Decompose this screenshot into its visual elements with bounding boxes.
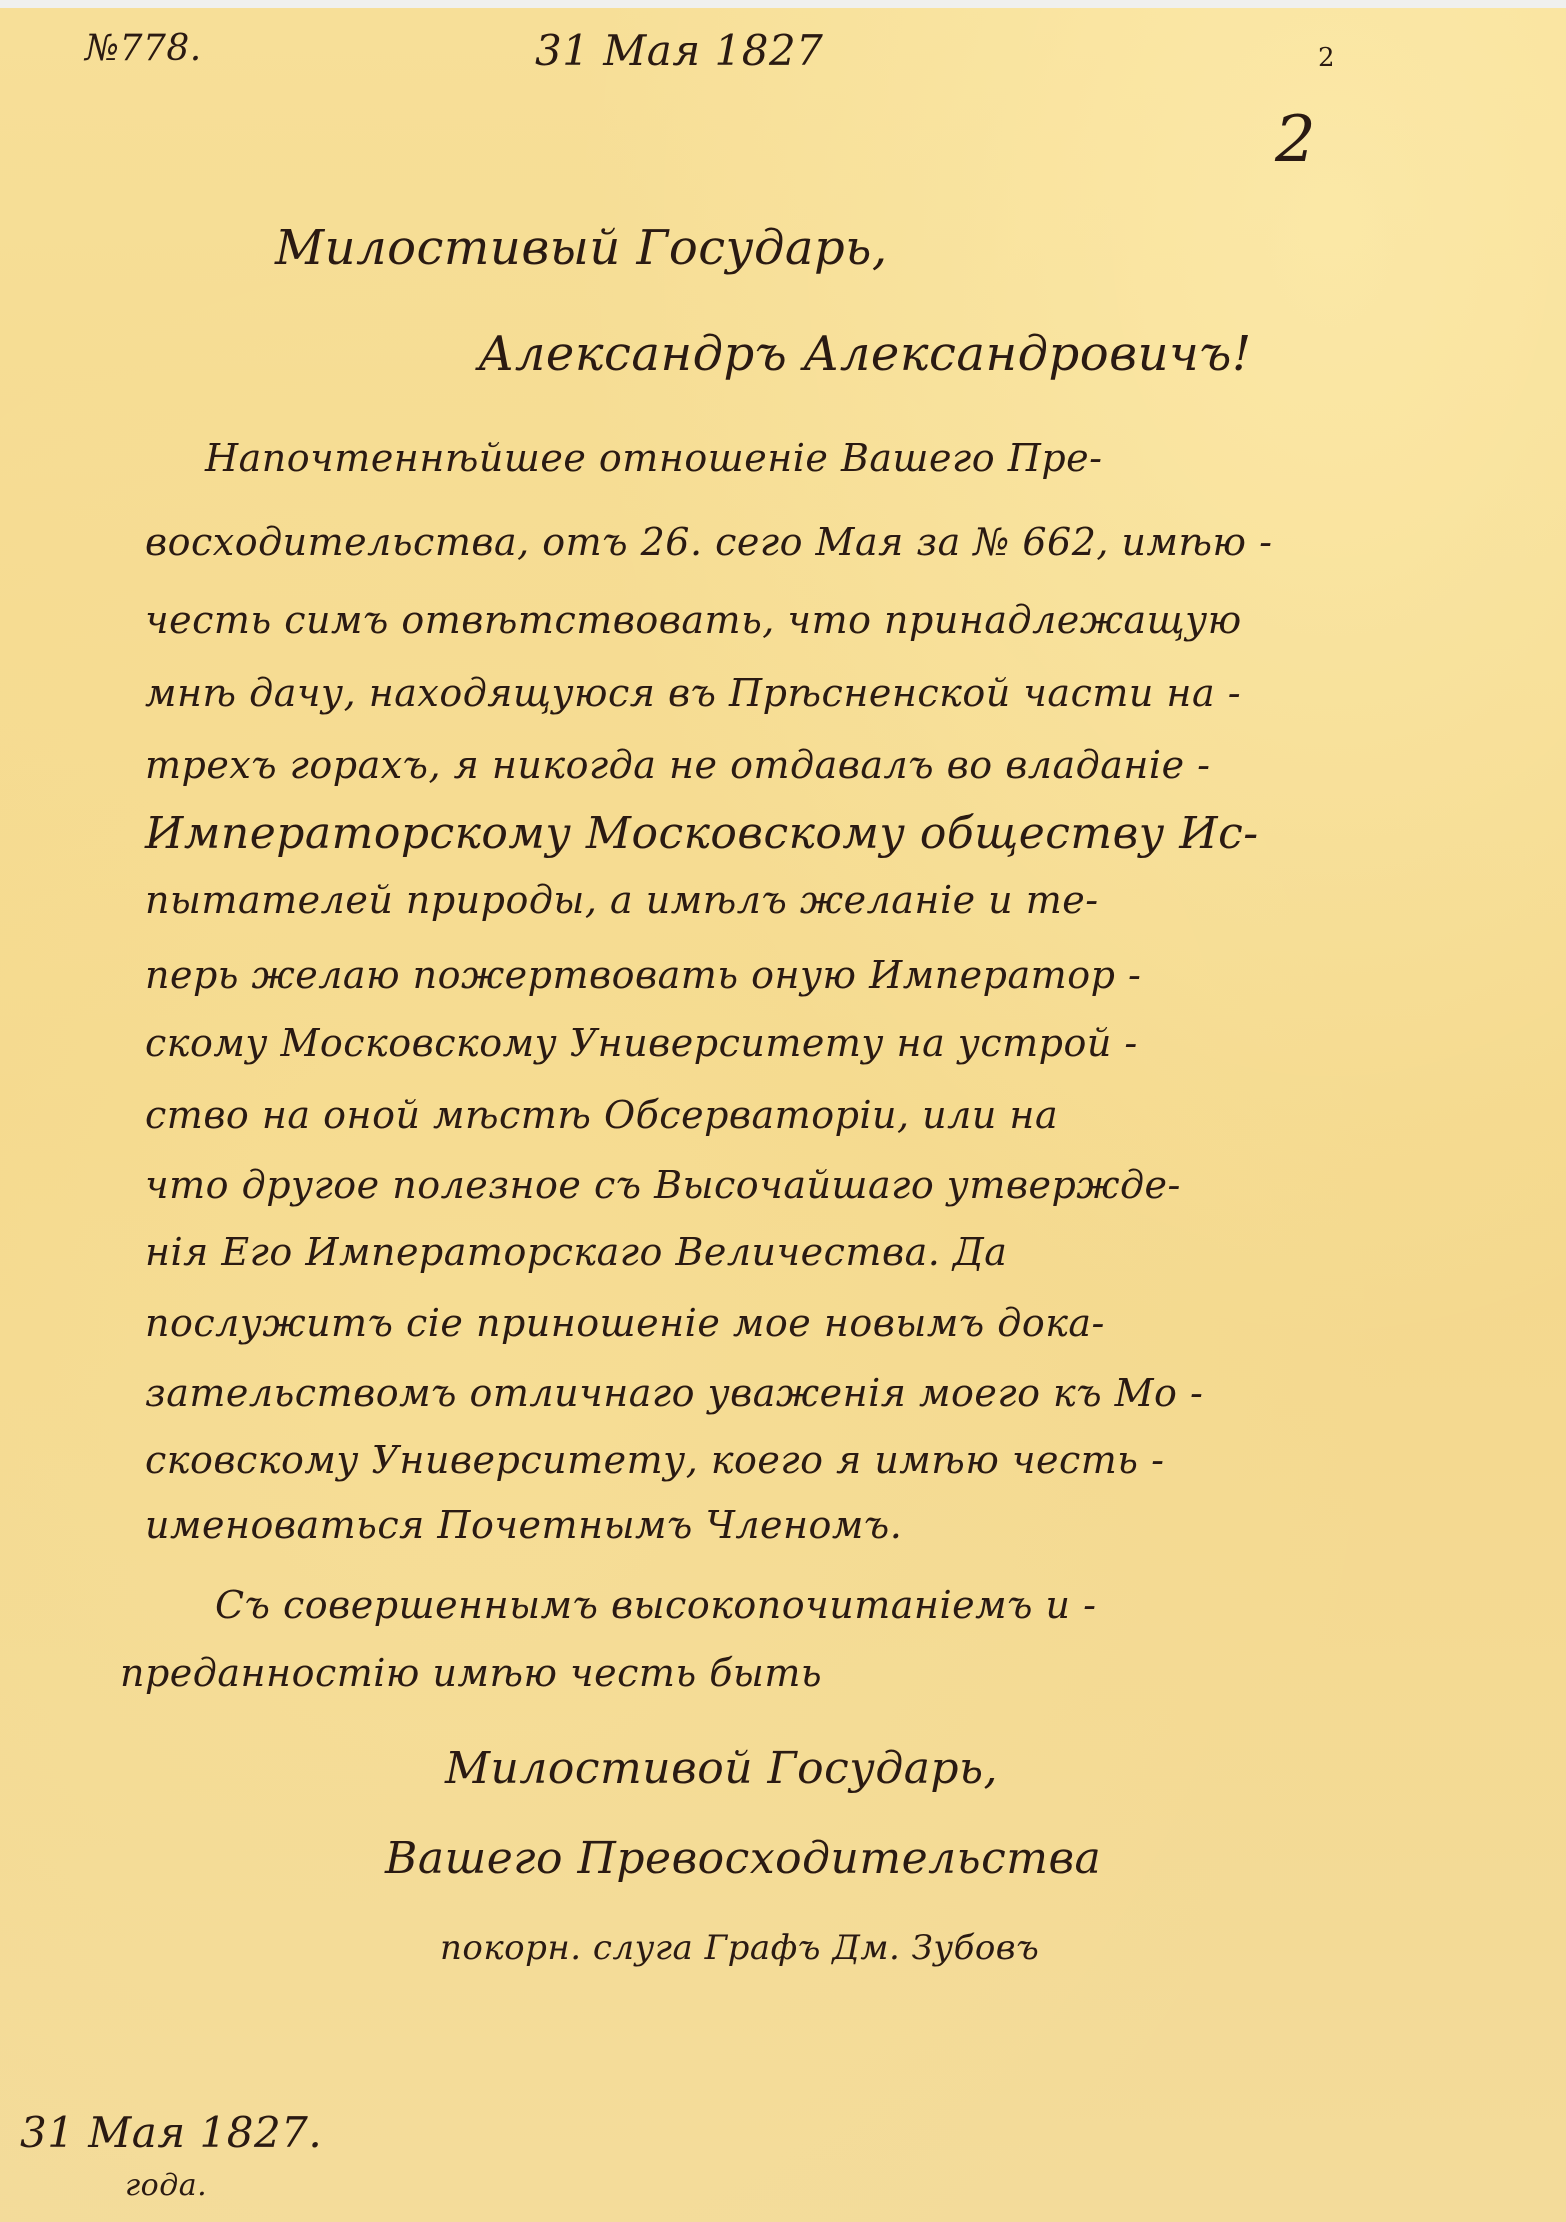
body-line: трехъ горахъ, я никогда не отдавалъ во в…	[145, 743, 1211, 787]
salutation-line-2: Александръ Александровичъ!	[478, 326, 1252, 382]
body-line: именоваться Почетнымъ Членомъ.	[145, 1503, 902, 1547]
body-line: нія Его Императорскаго Величества. Да	[145, 1230, 1007, 1274]
body-line: восходительства, отъ 26. сего Мая за № 6…	[145, 520, 1272, 564]
body-line: ство на оной мѣстѣ Обсерваторіи, или на	[145, 1093, 1058, 1137]
valediction-line-2: Вашего Превосходительства	[385, 1833, 1101, 1884]
body-line: Напочтеннѣйшее отношеніе Вашего Пре-	[205, 436, 1103, 480]
page-number-large: 2	[1275, 103, 1316, 177]
valediction-line-1: Милостивой Государь,	[445, 1743, 998, 1794]
body-line: пытателей природы, а имѣлъ желаніе и те-	[145, 878, 1099, 922]
body-line: Императорскому Московскому обществу Ис-	[145, 808, 1259, 859]
body-line: честь симъ отвѣтствовать, что принадлежа…	[145, 598, 1242, 642]
margin-note-year-word: года.	[125, 2168, 207, 2203]
registry-number: №778.	[85, 28, 202, 69]
salutation-line-1: Милостивый Государь,	[275, 220, 888, 276]
margin-note-date: 31 Мая 1827.	[20, 2108, 322, 2157]
body-line: скому Московскому Университету на устрой…	[145, 1021, 1138, 1065]
closing-line-1: Съ совершеннымъ высокопочитаніемъ и -	[215, 1583, 1096, 1627]
body-line: мнѣ дачу, находящуюся въ Прѣсненской час…	[145, 671, 1241, 715]
letter-page: №778. 31 Мая 1827 2 2 Милостивый Государ…	[0, 0, 1566, 2222]
header-date: 31 Мая 1827	[535, 26, 823, 75]
closing-line-2: преданностію имѣю честь быть	[120, 1651, 822, 1695]
body-line: сковскому Университету, коего я имѣю чес…	[145, 1438, 1164, 1482]
signature: покорн. слуга Графъ Дм. Зубовъ	[440, 1928, 1039, 1968]
body-line: что другое полезное съ Высочайшаго утвер…	[145, 1163, 1181, 1207]
page-number-small: 2	[1318, 43, 1335, 73]
body-line: послужитъ сіе приношеніе мое новымъ дока…	[145, 1301, 1105, 1345]
body-line: зательствомъ отличнаго уваженія моего къ…	[145, 1371, 1203, 1415]
body-line: перь желаю пожертвовать оную Император -	[145, 953, 1141, 997]
